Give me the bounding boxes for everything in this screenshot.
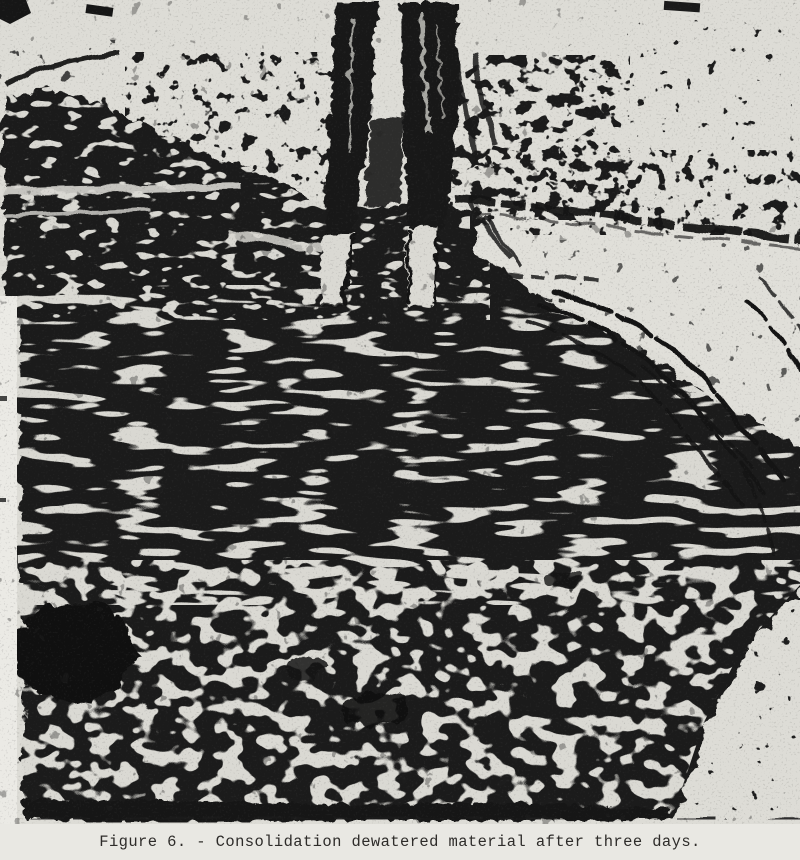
figure-caption: Figure 6. - Consolidation dewatered mate… xyxy=(0,824,800,860)
photo-illustration xyxy=(0,0,800,824)
figure-photo xyxy=(0,0,800,824)
photocopy-grain xyxy=(0,0,800,824)
scanned-page: Figure 6. - Consolidation dewatered mate… xyxy=(0,0,800,860)
